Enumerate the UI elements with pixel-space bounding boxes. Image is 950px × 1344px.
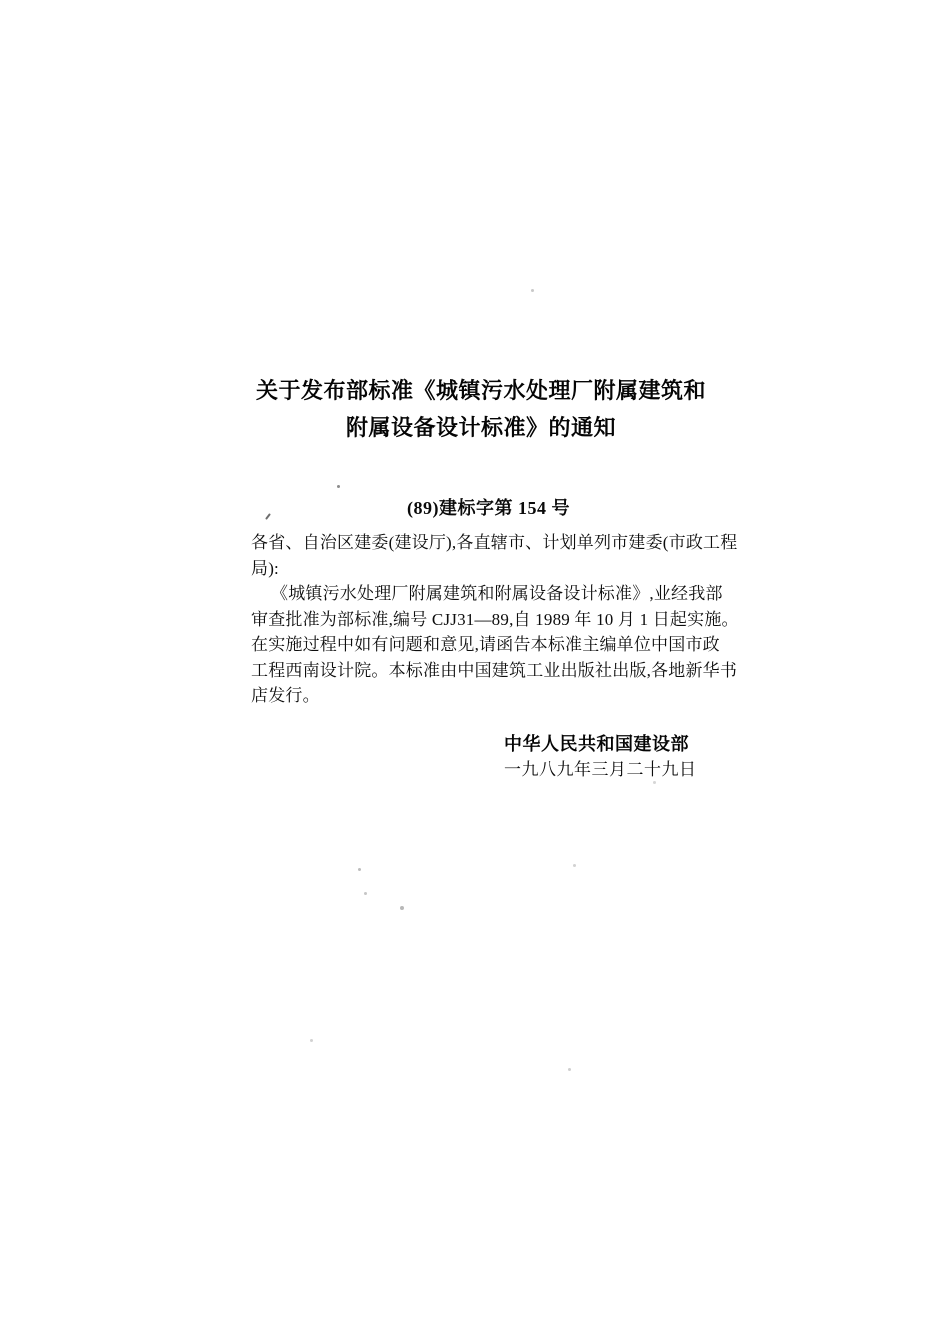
body-line: 审查批准为部标准,编号 CJJ31—89,自 1989 年 10 月 1 日起实… xyxy=(251,607,743,633)
notice-title-line1: 关于发布部标准《城镇污水处理厂附属建筑和 xyxy=(6,372,950,409)
scan-speck xyxy=(531,289,534,292)
notice-title-line2: 附属设备设计标准》的通知 xyxy=(6,409,950,446)
signature-block: 中华人民共和国建设部 一九八九年三月二十九日 xyxy=(504,732,697,782)
body-line: 各省、自治区建委(建设厅),各直辖市、计划单列市建委(市政工程 xyxy=(251,530,743,556)
scan-speck xyxy=(573,864,576,867)
issue-date: 一九八九年三月二十九日 xyxy=(504,757,697,782)
body-line: 工程西南设计院。本标准由中国建筑工业出版社出版,各地新华书 xyxy=(251,658,743,684)
notice-body: 各省、自治区建委(建设厅),各直辖市、计划单列市建委(市政工程 局): 《城镇污… xyxy=(251,530,743,709)
scan-speck xyxy=(337,485,340,488)
scan-speck xyxy=(653,781,656,784)
scan-speck xyxy=(265,513,271,520)
scan-speck xyxy=(400,906,404,910)
document-number: (89)建标字第 154 号 xyxy=(407,494,570,520)
body-line: 《城镇污水处理厂附属建筑和附属设备设计标准》,业经我部 xyxy=(251,581,743,607)
scan-speck xyxy=(310,1039,313,1042)
document-page: 关于发布部标准《城镇污水处理厂附属建筑和 附属设备设计标准》的通知 (89)建标… xyxy=(0,0,950,1344)
scan-speck xyxy=(358,868,361,871)
scan-speck xyxy=(364,892,367,895)
body-line: 局): xyxy=(251,556,743,582)
issuing-authority: 中华人民共和国建设部 xyxy=(504,732,697,757)
scan-speck xyxy=(568,1068,571,1071)
notice-title: 关于发布部标准《城镇污水处理厂附属建筑和 附属设备设计标准》的通知 xyxy=(6,372,950,446)
body-line: 店发行。 xyxy=(251,683,743,709)
body-line: 在实施过程中如有问题和意见,请函告本标准主编单位中国市政 xyxy=(251,632,743,658)
